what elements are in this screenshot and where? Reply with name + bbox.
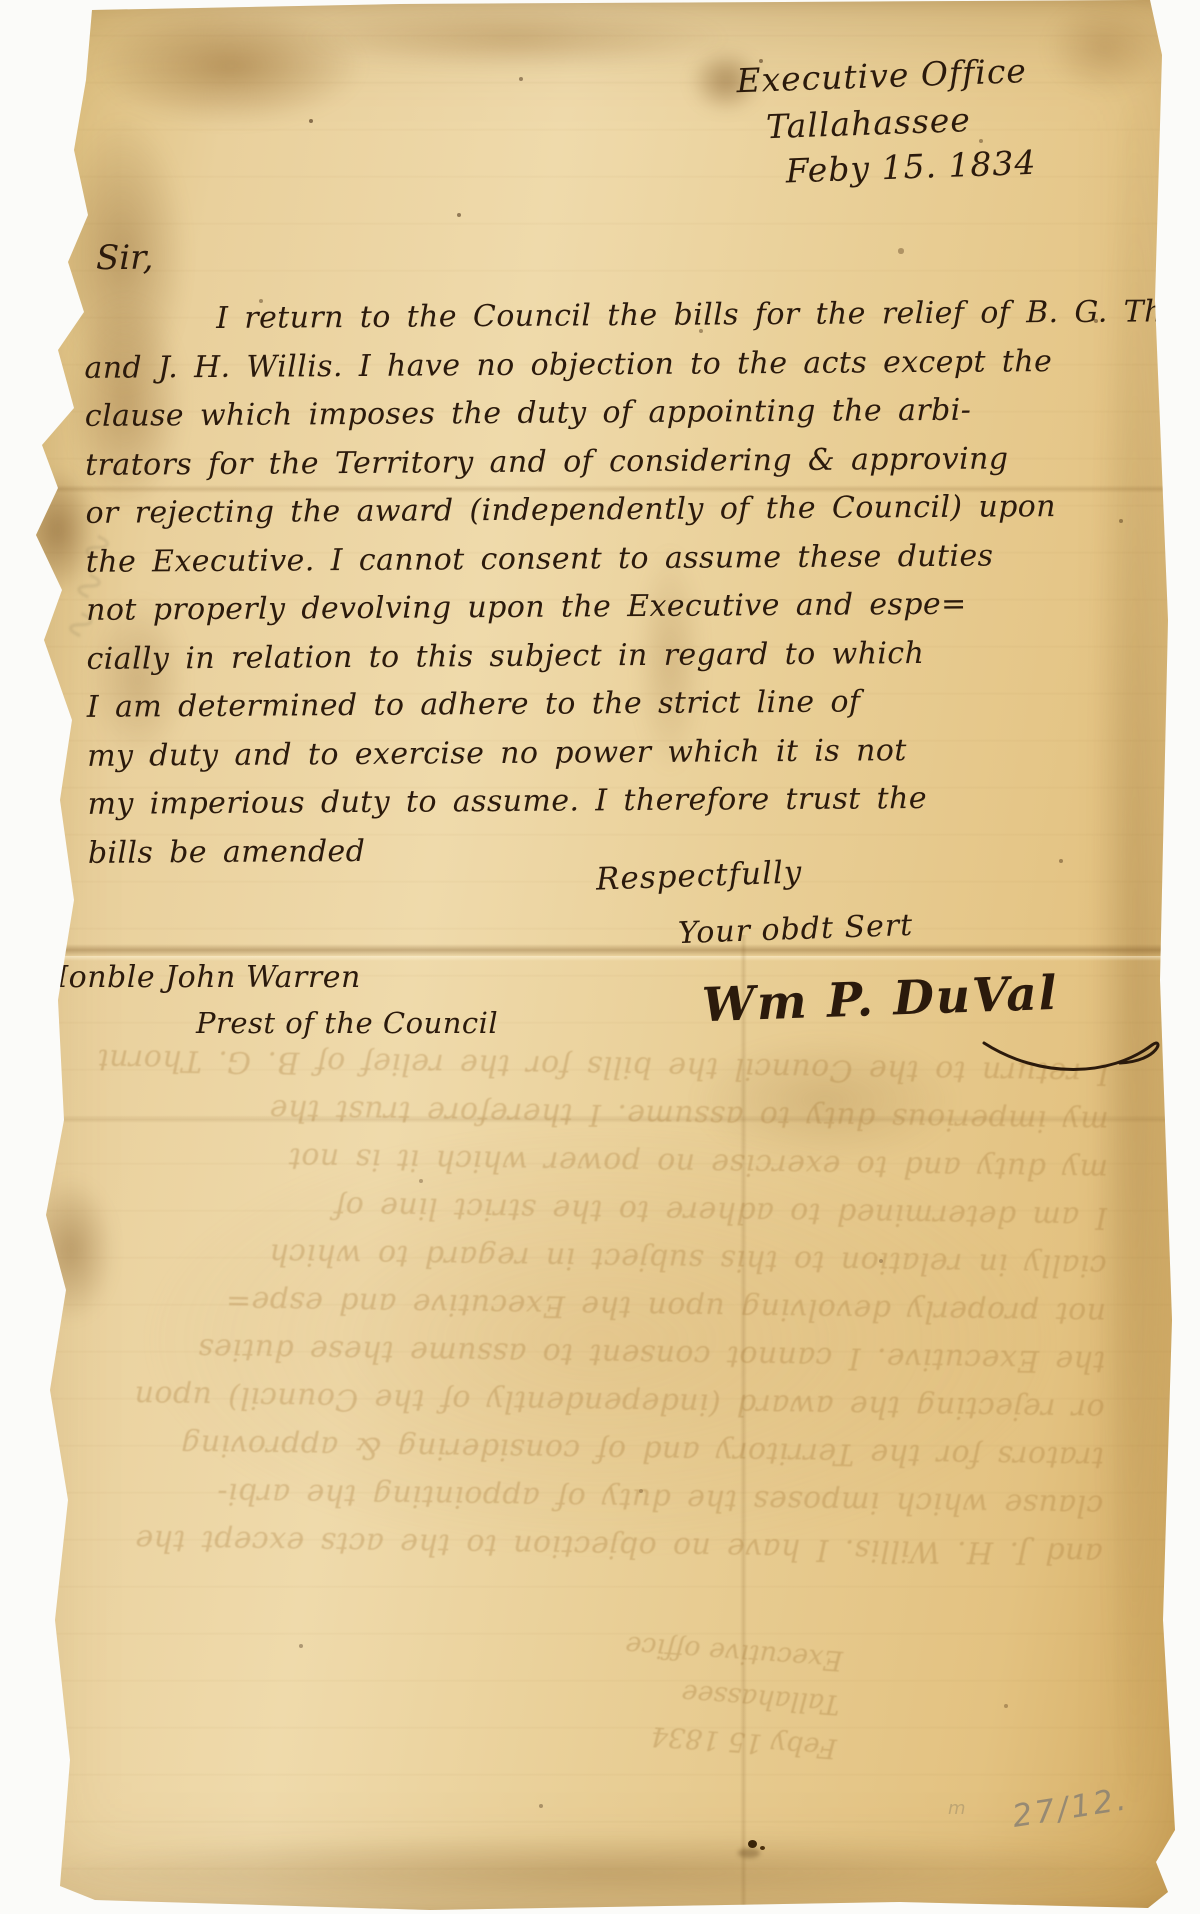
addressee-name: Honble John Warren	[42, 960, 361, 995]
body-line: I am determined to adhere to the strict …	[87, 676, 1199, 732]
letter-body: I return to the Council the bills for th…	[84, 288, 1200, 878]
bleedthrough-text: and J. H. Willis. I have no objection to…	[92, 1035, 1109, 1577]
pencil-small-mark: m	[948, 1798, 966, 1819]
addressee-title: Prest of the Council	[196, 1006, 498, 1040]
ink-blot-dots	[748, 1840, 757, 1848]
scanned-letter-page: and J. H. Willis. I have no objection to…	[0, 0, 1200, 1914]
bleedthrough-docket: Feby 15 1834 Tallahassee Executive offic…	[556, 1618, 845, 1769]
body-line: my duty and to exercise no power which i…	[87, 725, 1199, 781]
paper-sheet: and J. H. Willis. I have no objection to…	[0, 0, 1200, 1914]
stain-top-right	[1045, 0, 1165, 95]
body-line: trators for the Territory and of conside…	[85, 434, 1197, 490]
salutation: Sir,	[96, 238, 154, 278]
body-line: my imperious duty to assume. I therefore…	[87, 773, 1199, 829]
heading-place: Tallahassee	[765, 98, 1035, 146]
body-line: the Executive. I cannot consent to assum…	[86, 531, 1198, 587]
foxing-specks	[0, 0, 2, 2]
signature-flourish	[980, 1035, 1170, 1081]
body-line: and J. H. Willis. I have no objection to…	[84, 337, 1196, 393]
letter-heading: Executive Office Tallahassee Feby 15. 18…	[736, 51, 1037, 192]
body-line: or rejecting the award (independently of…	[85, 482, 1197, 538]
body-line: cially in relation to this subject in re…	[86, 628, 1198, 684]
stain-top-smear	[300, 6, 730, 70]
body-line: not properly devolving upon the Executiv…	[86, 579, 1198, 635]
stain-bottom-band	[60, 1835, 1160, 1910]
fold-crease-middle	[0, 944, 1200, 956]
closing-respectfully: Respectfully	[595, 854, 803, 897]
body-line: clause which imposes the duty of appoint…	[85, 385, 1197, 441]
ink-blot-smudge	[738, 1848, 760, 1858]
body-line: I return to the Council the bills for th…	[216, 288, 1196, 343]
